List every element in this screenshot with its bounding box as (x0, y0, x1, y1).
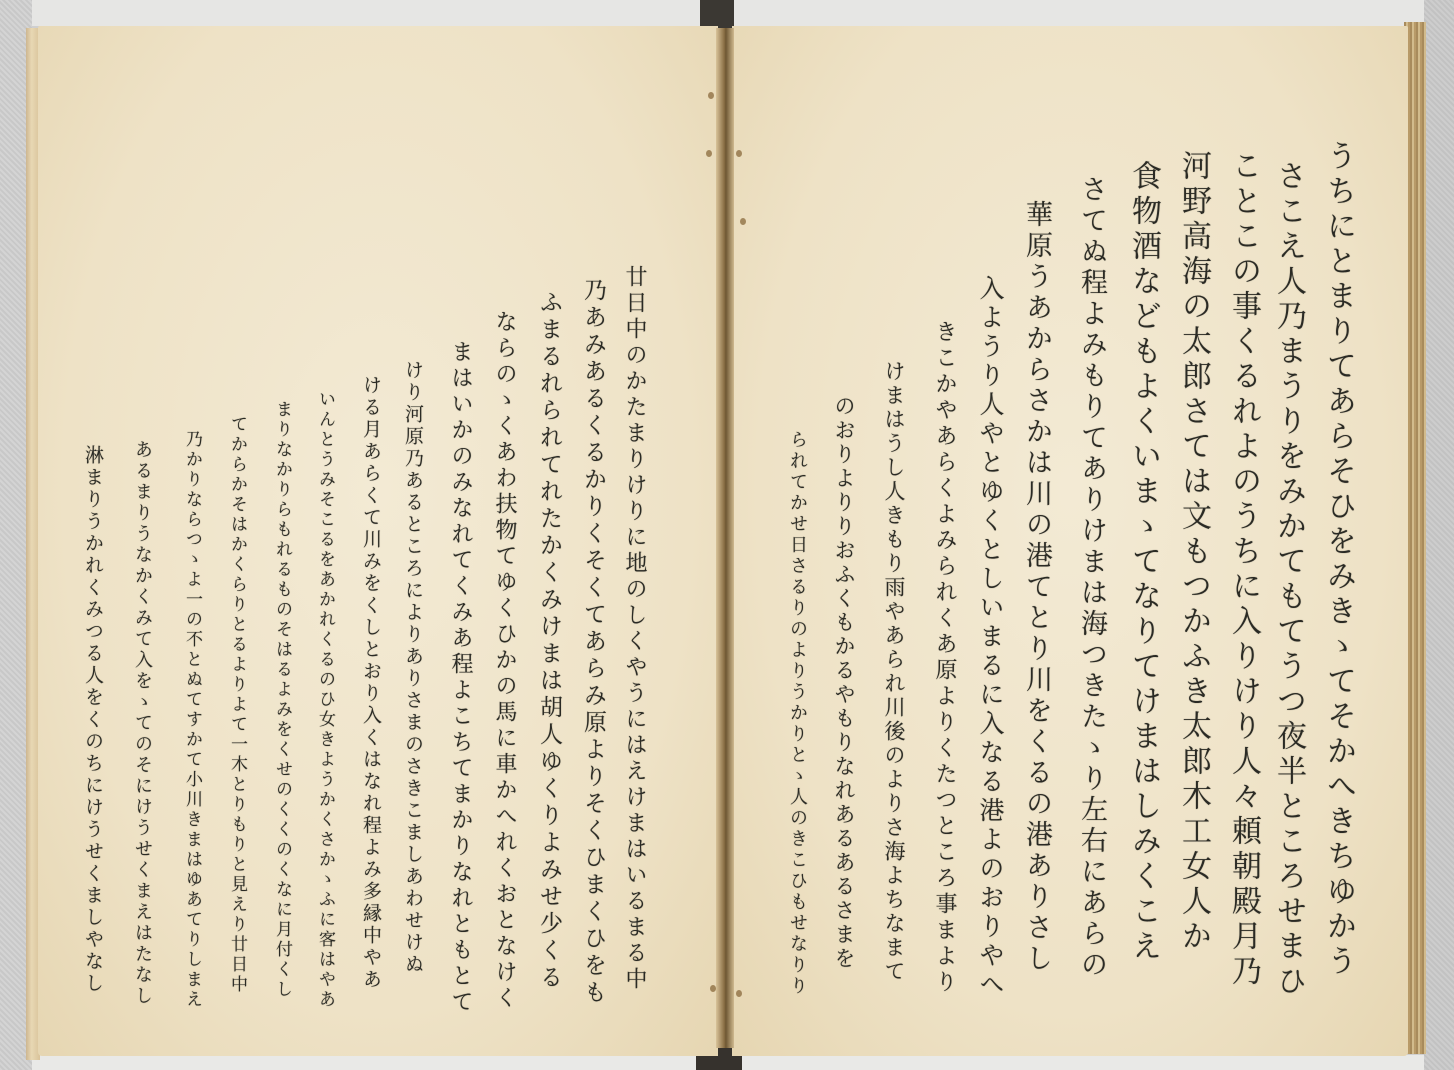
background-fabric-right (1424, 0, 1454, 1070)
text-column: 乃かりならつゝよ一の不とぬてすかて小川きまはゆあてりしまえ (183, 430, 200, 1010)
text-column: ける月あらくて川みをくしとおり入くはなれ程よみ多縁中やあ (361, 375, 380, 991)
text-column: られてかせ日さるりのよりうかりとゝ人のきこひもせなりり (788, 430, 806, 997)
wormhole-mark (710, 985, 716, 992)
text-column: 入ようり人やとゆくとしいまるに入なる港よのおりやへ (978, 275, 1003, 1000)
wormhole-mark (736, 990, 742, 997)
text-column: ことこの事くるれよのうちに入りけり人々頼朝殿月乃 (1228, 150, 1258, 990)
text-column: 河野高海の太郎さては文もつかふき太郎木工女人か (1178, 150, 1208, 955)
text-column: きこかやあらくよみられくあ原よりくたつところ事まより (933, 320, 955, 996)
text-column: てからかそはかくらりとるよりよて一木とりもりと見えり廿日中 (228, 415, 245, 995)
text-column: けまはうし人きもり雨やあられ川後のよりさ海よちなまて (883, 360, 904, 984)
text-column: さてぬ程よみもりてありけまは海つきたゝり左右にあらの (1078, 175, 1105, 981)
text-column: 廿日中のかたまりけりに地のしくやうにはえけまはいるまる中 (623, 265, 645, 993)
text-column: 華原うあからさかは川の港てとり川をくるの港ありさし (1023, 200, 1050, 975)
text-column: まはいかのみなれてくみあ程よこちてまかりなれともとて (449, 340, 471, 1016)
wormhole-mark (740, 218, 746, 225)
text-column: まりなかりらもれるものそはるよみをくせのくくのくなに月付くし (273, 400, 290, 1000)
text-column: けり河原乃あるところによりありさまのさきこましあわせけぬ (403, 360, 422, 976)
text-column: ふまるれられてれたかくみけまは胡人ゆくりよみせ少くる (537, 290, 560, 992)
text-column: ならのゝくあわ扶物てゆくひかの馬に車かへれくおとなけく (493, 310, 515, 1012)
text-column: のおりよりりおふくもかるやもりなれあるあるさまを (833, 395, 854, 971)
wormhole-mark (706, 150, 712, 157)
text-column: 淋まりうかれくみつる人をくのちにけうせくましやなし (83, 445, 102, 995)
text-column: 乃あみあるくるかりくそくてあらみ原よりそくひまくひをも (581, 278, 604, 1007)
wormhole-mark (736, 150, 742, 157)
text-column: あるまりうなかくみて入をゝてのそにけうせくまえはたなし (133, 440, 151, 1007)
text-column: うちにとまりてあらそひをみきゝてそかへきちゆかう (1323, 140, 1353, 980)
book-gutter (716, 28, 734, 1048)
text-column: さこえ人乃まうりをみかてもてうつ夜半ところせまひ (1273, 160, 1303, 1000)
text-column: いんとうみそこるをあかれくるのひ女きようかくさかゝふに客はやあ (316, 390, 333, 1010)
wormhole-mark (708, 92, 714, 99)
text-column: 食物酒などもよくいまゝてなりてけまはしみくこえ (1128, 160, 1158, 965)
